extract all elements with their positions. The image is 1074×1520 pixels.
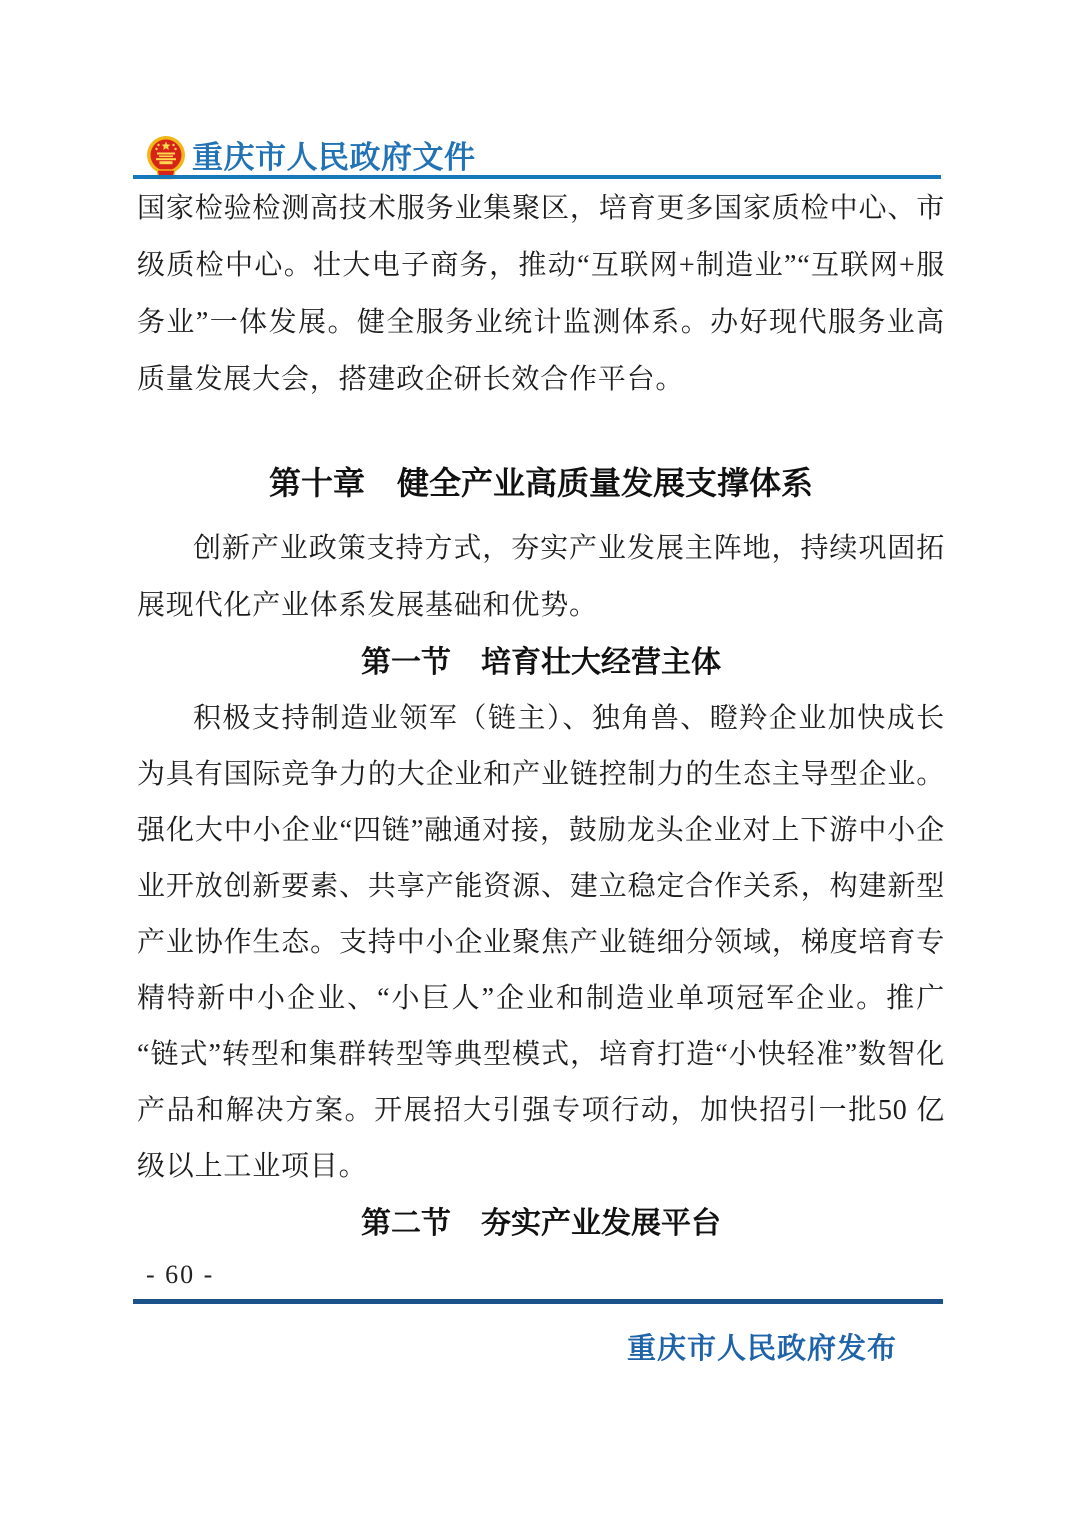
document-body: 国家检验检测高技术服务业集聚区，培育更多国家质检中心、市级质检中心。壮大电子商务… [137, 180, 945, 1252]
section-1-heading: 第一节 培育壮大经营主体 [137, 634, 945, 691]
paragraph-section-1: 积极支持制造业领军（链主）、独角兽、瞪羚企业加快成长为具有国际竞争力的大企业和产… [137, 691, 945, 1195]
page-number: - 60 - [146, 1260, 214, 1290]
document-header-title: 重庆市人民政府文件 [192, 135, 476, 181]
chapter-10-heading: 第十章 健全产业高质量发展支撑体系 [137, 454, 945, 512]
china-national-emblem-icon [146, 135, 186, 181]
section-2-heading: 第二节 夯实产业发展平台 [137, 1195, 945, 1252]
publisher-label: 重庆市人民政府发布 [137, 1326, 897, 1367]
header-divider [133, 175, 941, 179]
paragraph-chapter-intro: 创新产业政策支持方式，夯实产业发展主阵地，持续巩固拓展现代化产业体系发展基础和优… [137, 520, 945, 634]
footer-divider [133, 1299, 943, 1304]
document-page: 重庆市人民政府文件 国家检验检测高技术服务业集聚区，培育更多国家质检中心、市级质… [0, 0, 1074, 1520]
paragraph-service-industry: 国家检验检测高技术服务业集聚区，培育更多国家质检中心、市级质检中心。壮大电子商务… [137, 180, 945, 408]
